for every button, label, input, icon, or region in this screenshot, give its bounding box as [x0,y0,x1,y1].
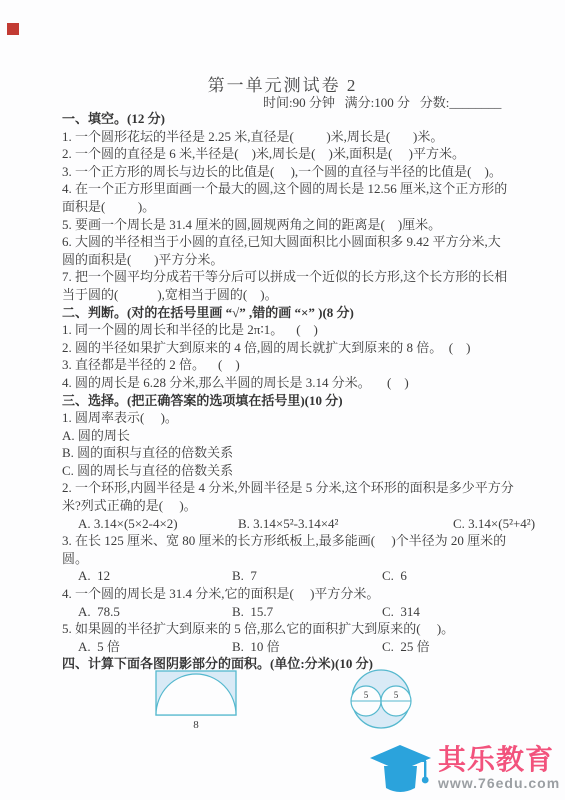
choice-q4-option-a: A. 78.5 [78,603,232,621]
fill-q2: 2. 一个圆的直径是 6 米,半径是( )米,周长是( )米,面积是( )平方米… [62,145,537,163]
paper-body: 一、填空。(12 分) 1. 一个圆形花坛的半径是 2.25 米,直径是( )米… [62,110,537,673]
graduation-cap-icon [370,745,432,797]
logo-url: www.76edu.com [438,775,560,792]
figure-semicircle-in-rectangle: 8 [153,668,245,732]
section-fill-heading: 一、填空。(12 分) [62,110,537,128]
choice-q5-options-row: A. 5 倍 B. 10 倍 C. 25 倍 [62,638,537,656]
choice-q2-options-row: A. 3.14×(5×2-4×2) B. 3.14×5²-3.14×4² C. … [62,515,537,533]
fill-q7-line2: 当于圆的( ),宽相当于圆的( )。 [62,286,537,304]
section-judge-heading: 二、判断。(对的在括号里画 “√” ,错的画 “×” )(8 分) [62,304,537,322]
choice-q3-line1: 3. 在长 125 厘米、宽 80 厘米的长方形纸板上,最多能画( )个半径为 … [62,532,537,550]
choice-q2-line2: 米?列式正确的是( )。 [62,497,537,515]
watermark-logo: 其乐教育 www.76edu.com [370,745,560,797]
choice-q3-option-c: C. 6 [382,567,407,585]
choice-q2-option-b: B. 3.14×5²-3.14×4² [238,515,453,533]
choice-q4-option-b: B. 15.7 [232,603,382,621]
choice-q1: 1. 圆周率表示( )。 [62,409,537,427]
choice-q3-options-row: A. 12 B. 7 C. 6 [62,567,537,585]
choice-q2-line1: 2. 一个环形,内圆半径是 4 分米,外圆半径是 5 分米,这个环形的面积是多少… [62,479,537,497]
figure-two-circles-in-circle: 5 5 [347,665,419,735]
paper-info-line: 时间:90 分钟 满分:100 分 分数:________ [263,92,501,111]
judge-q4: 4. 圆的周长是 6.28 分米,那么半圆的周长是 3.14 分米。 ( ) [62,374,537,392]
choice-q4-options-row: A. 78.5 B. 15.7 C. 314 [62,603,537,621]
fill-q5: 5. 要画一个周长是 31.4 厘米的圆,圆规两角之间的距离是( )厘米。 [62,216,537,234]
fill-q6-line1: 6. 大圆的半径相当于小圆的直径,已知大圆面积比小圆面积多 9.42 平方分米,… [62,233,537,251]
figure2-right-radius-label: 5 [394,690,399,700]
fill-q7-line1: 7. 把一个圆平均分成若干等分后可以拼成一个近似的长方形,这个长方形的长相 [62,268,537,286]
choice-q3-option-b: B. 7 [232,567,382,585]
choice-q5-option-b: B. 10 倍 [232,638,382,656]
fill-q6-line2: 圆的面积是( )平方分米。 [62,251,537,269]
choice-q5-option-a: A. 5 倍 [78,638,232,656]
logo-text-block: 其乐教育 www.76edu.com [438,745,560,792]
choice-q1-option-b: B. 圆的面积与直径的倍数关系 [62,444,537,462]
fill-q1: 1. 一个圆形花坛的半径是 2.25 米,直径是( )米,周长是( )米。 [62,128,537,146]
figure1-base-label: 8 [193,719,199,731]
figure2-left-radius-label: 5 [364,690,369,700]
fill-q4-line1: 4. 在一个正方形里面画一个最大的圆,这个圆的周长是 12.56 厘米,这个正方… [62,180,537,198]
choice-q5: 5. 如果圆的半径扩大到原来的 5 倍,那么它的面积扩大到原来的( )。 [62,620,537,638]
judge-q1: 1. 同一个圆的周长和半径的比是 2π∶1。 ( ) [62,321,537,339]
choice-q2-option-c: C. 3.14×(5²+4²) [453,515,535,533]
section-calc-heading: 四、计算下面各图阴影部分的面积。(单位:分米)(10 分) [62,655,537,673]
fill-q3: 3. 一个正方形的周长与边长的比值是( ),一个圆的直径与半径的比值是( )。 [62,163,537,181]
judge-q3: 3. 直径都是半径的 2 倍。 ( ) [62,356,537,374]
test-paper-page: 第一单元测试卷 2 时间:90 分钟 满分:100 分 分数:________ … [0,0,565,800]
choice-q3-option-a: A. 12 [78,567,232,585]
judge-q2: 2. 圆的半径如果扩大到原来的 4 倍,圆的周长就扩大到原来的 8 倍。 ( ) [62,339,537,357]
choice-q4-option-c: C. 314 [382,603,420,621]
section-choice-heading: 三、选择。(把正确答案的选项填在括号里)(10 分) [62,392,537,410]
corner-red-mark [7,23,19,35]
choice-q4: 4. 一个圆的周长是 31.4 分米,它的面积是( )平方分米。 [62,585,537,603]
choice-q5-option-c: C. 25 倍 [382,638,430,656]
logo-name: 其乐教育 [438,745,560,775]
choice-q1-option-a: A. 圆的周长 [62,427,537,445]
fill-q4-line2: 面积是( )。 [62,198,537,216]
choice-q3-line2: 圆。 [62,550,537,568]
choice-q2-option-a: A. 3.14×(5×2-4×2) [78,515,238,533]
choice-q1-option-c: C. 圆的周长与直径的倍数关系 [62,462,537,480]
